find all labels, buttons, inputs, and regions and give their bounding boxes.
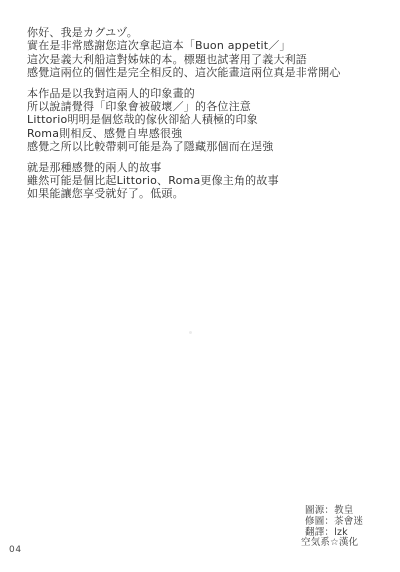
- afterword-line: 實在是非常感謝您這次拿起這本「Buon appetit／」: [27, 39, 341, 52]
- afterword-text: 你好、我是カグユヅ。 實在是非常感謝您這次拿起這本「Buon appetit／」…: [27, 26, 341, 208]
- credit-line-cleaning: 修圖：茶會迷: [301, 517, 363, 528]
- scanlation-group-name: 空気系☆漢化: [301, 538, 363, 549]
- afterword-line: Littorio明明是個悠哉的傢伙卻給人積極的印象: [27, 113, 341, 126]
- credits-block: 圖源：教皇 修圖：茶會迷 翻譯：lzk 空気系☆漢化: [301, 506, 363, 549]
- afterword-paragraph: 你好、我是カグユヅ。 實在是非常感謝您這次拿起這本「Buon appetit／」…: [27, 26, 341, 80]
- afterword-line: 你好、我是カグユヅ。: [27, 26, 341, 39]
- afterword-line: 雖然可能是個比起Littorio、Roma更像主角的故事: [27, 174, 341, 187]
- afterword-paragraph: 就是那種感覺的兩人的故事 雖然可能是個比起Littorio、Roma更像主角的故…: [27, 161, 341, 201]
- afterword-line: 感覺這兩位的個性是完全相反的、這次能畫這兩位真是非常開心: [27, 66, 341, 79]
- afterword-paragraph: 本作品是以我對這兩人的印象畫的 所以說請覺得「印象會被破壞／」的各位注意 Lit…: [27, 87, 341, 154]
- afterword-line: 本作品是以我對這兩人的印象畫的: [27, 87, 341, 100]
- afterword-line: 這次是義大利船這對姊妹的本。標題也試著用了義大利語: [27, 53, 341, 66]
- afterword-line: 就是那種感覺的兩人的故事: [27, 161, 341, 174]
- afterword-line: 所以說請覺得「印象會被破壞／」的各位注意: [27, 100, 341, 113]
- scan-artifact-dot: [189, 331, 192, 334]
- afterword-line: 如果能讓您享受就好了。低頭。: [27, 187, 341, 200]
- afterword-page: 你好、我是カグユヅ。 實在是非常感謝您這次拿起這本「Buon appetit／」…: [0, 0, 400, 572]
- afterword-line: 感覺之所以比較帶刺可能是為了隱藏那個而在逞強: [27, 140, 341, 153]
- page-number: 04: [9, 545, 22, 555]
- afterword-line: Roma則相反、感覺自卑感很強: [27, 127, 341, 140]
